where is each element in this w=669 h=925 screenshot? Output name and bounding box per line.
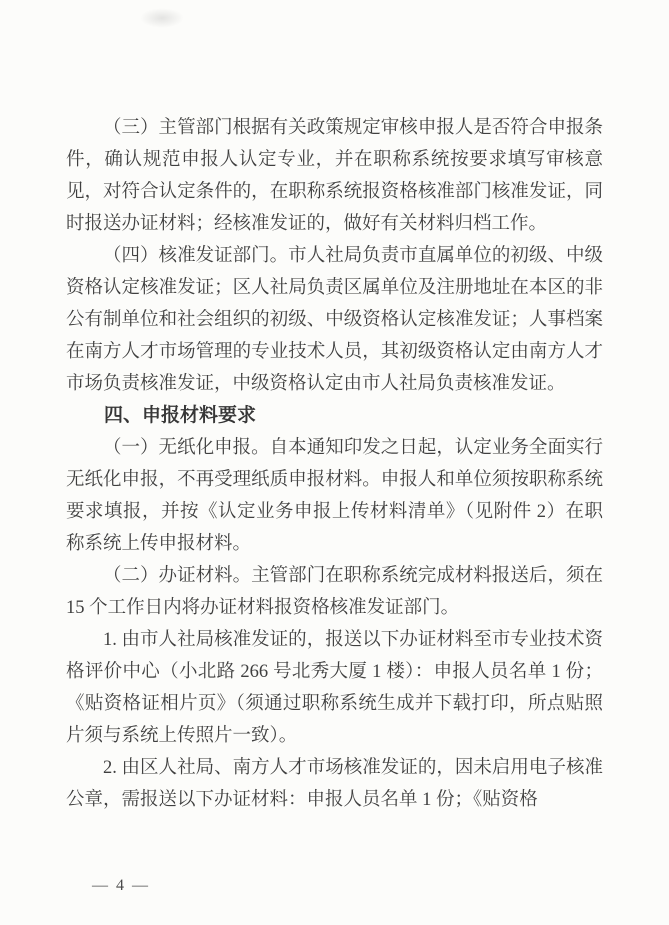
paragraph-3-review-by-supervising-department: （三）主管部门根据有关政策规定审核申报人是否符合申报条件，确认规范申报人认定专业… [66, 112, 603, 240]
paragraph-1-paperless-application: （一）无纸化申报。自本通知印发之日起，认定业务全面实行无纸化申报，不再受理纸质申… [66, 432, 603, 560]
section-heading-application-material-requirements: 四、申报材料要求 [66, 400, 603, 432]
document-content: （三）主管部门根据有关政策规定审核申报人是否符合申报条件，确认规范申报人认定专业… [66, 112, 603, 816]
paragraph-2-certificate-processing-materials: （二）办证材料。主管部门在职称系统完成材料报送后，须在 15 个工作日内将办证材… [66, 560, 603, 624]
scanned-document-page: （三）主管部门根据有关政策规定审核申报人是否符合申报条件，确认规范申报人认定专业… [0, 0, 669, 925]
paragraph-item-1-city-bureau-issuance: 1. 由市人社局核准发证的，报送以下办证材料至市专业技术资格评价中心（小北路 2… [66, 624, 603, 752]
paragraph-item-2-district-bureau-issuance: 2. 由区人社局、南方人才市场核准发证的，因未启用电子核准公章，需报送以下办证材… [66, 752, 603, 816]
scan-artifact [140, 8, 184, 28]
page-number: — 4 — [92, 875, 150, 897]
paragraph-4-certificate-issuing-departments: （四）核准发证部门。市人社局负责市直属单位的初级、中级资格认定核准发证；区人社局… [66, 240, 603, 400]
